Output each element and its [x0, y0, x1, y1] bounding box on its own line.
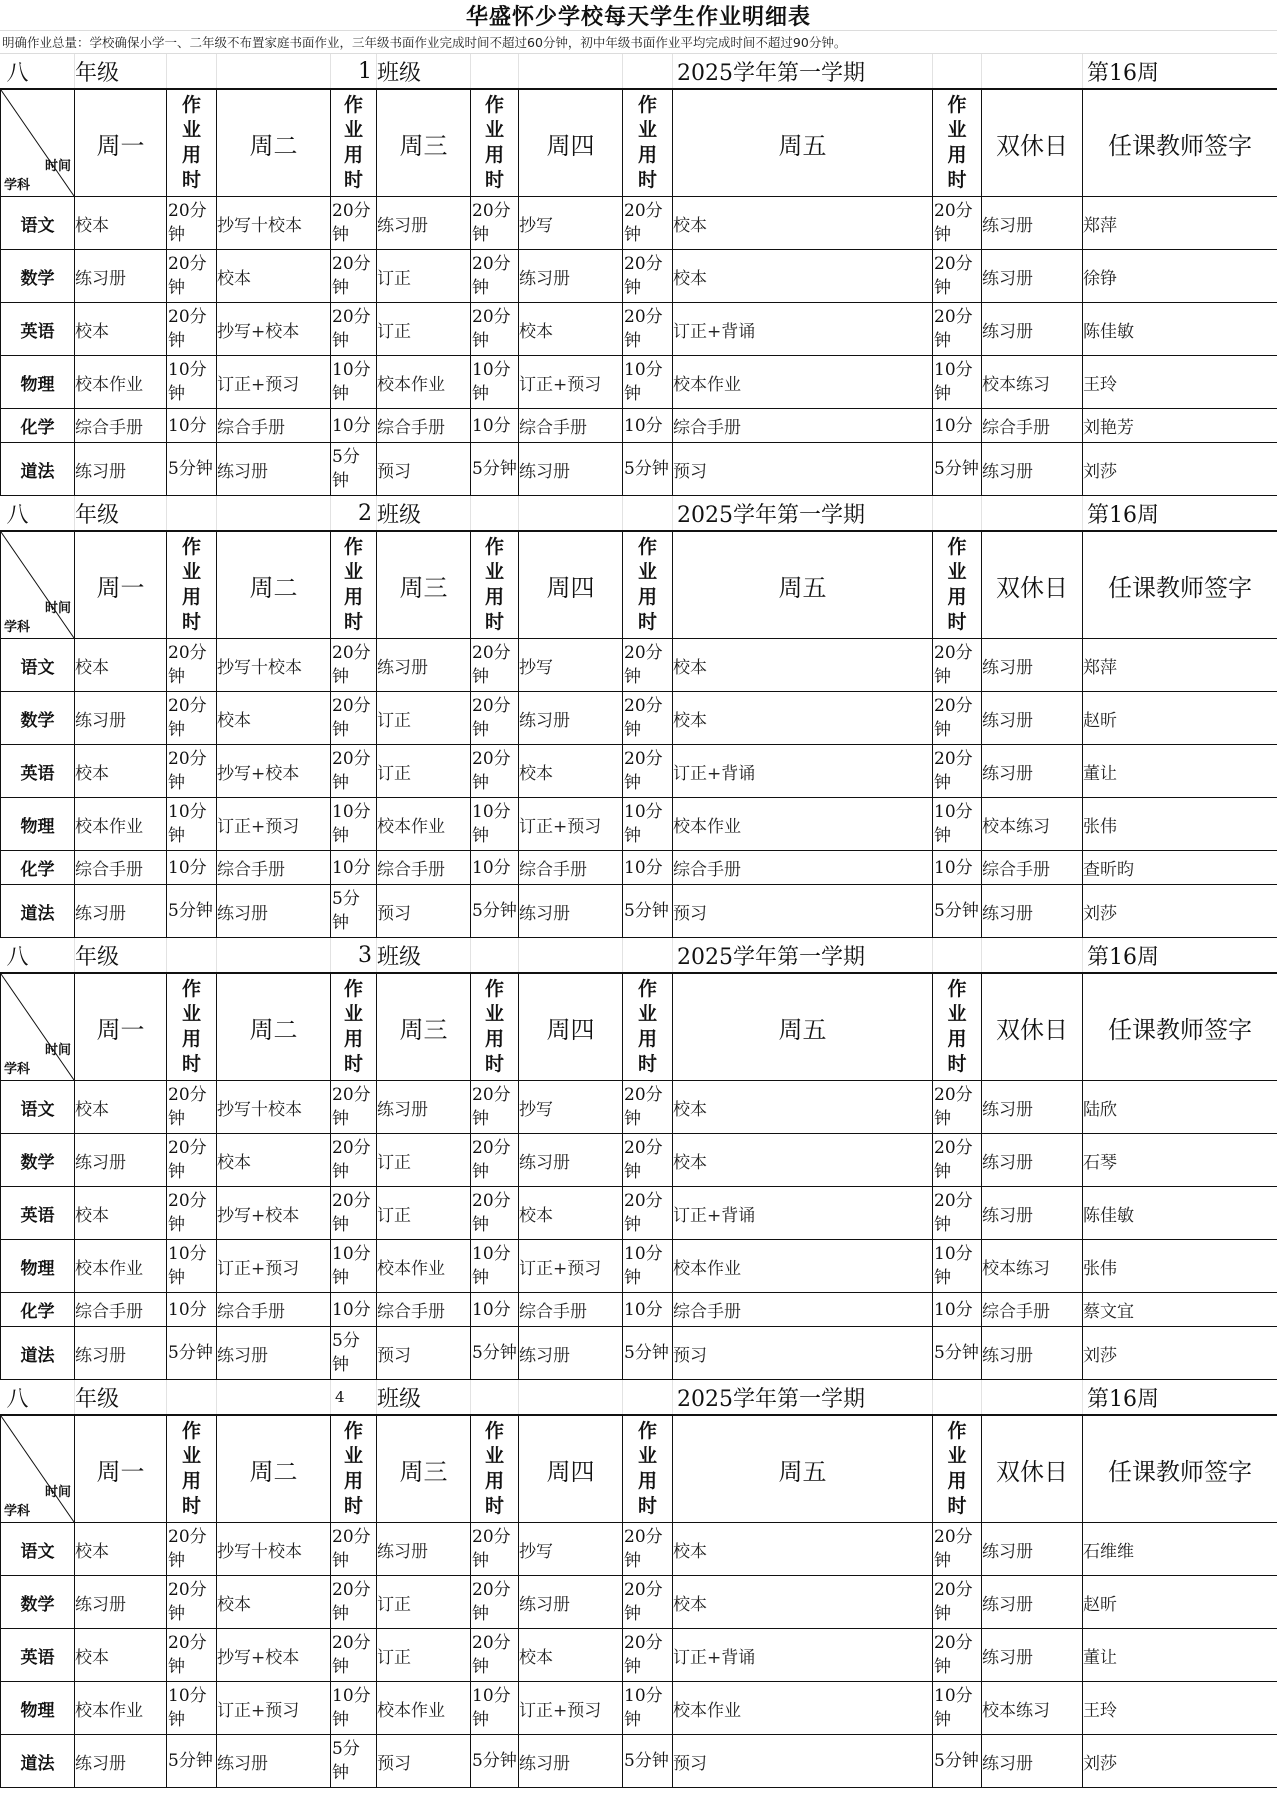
thursday-duration[interactable]: 20分钟 — [623, 197, 673, 250]
monday-duration[interactable]: 10分 — [167, 409, 217, 443]
monday-duration[interactable]: 10分钟 — [167, 1240, 217, 1293]
friday-duration[interactable]: 5分钟 — [933, 1327, 982, 1380]
empty-cell[interactable] — [471, 1380, 519, 1415]
empty-cell[interactable] — [623, 938, 673, 973]
weekend-task[interactable]: 校本练习 — [982, 1682, 1083, 1735]
wednesday-duration[interactable]: 10分钟 — [471, 1240, 519, 1293]
friday-duration[interactable]: 5分钟 — [933, 1735, 982, 1788]
subject-cell[interactable]: 数学 — [1, 1576, 75, 1629]
tuesday-task[interactable]: 抄写十校本 — [217, 1081, 331, 1134]
weekend-task[interactable]: 练习册 — [982, 1576, 1083, 1629]
wednesday-duration[interactable]: 10分 — [471, 851, 519, 885]
subject-cell[interactable]: 数学 — [1, 692, 75, 745]
header-time-used[interactable]: 作业用时 — [167, 1415, 217, 1523]
header-thursday[interactable]: 周四 — [519, 89, 623, 197]
wednesday-task[interactable]: 综合手册 — [377, 1293, 471, 1327]
empty-cell[interactable] — [933, 1380, 982, 1415]
monday-duration[interactable]: 20分钟 — [167, 1629, 217, 1682]
friday-duration[interactable]: 10分钟 — [933, 356, 982, 409]
subject-cell[interactable]: 物理 — [1, 798, 75, 851]
header-time-used[interactable]: 作业用时 — [167, 89, 217, 197]
tuesday-task[interactable]: 练习册 — [217, 885, 331, 938]
wednesday-duration[interactable]: 20分钟 — [471, 639, 519, 692]
thursday-task[interactable]: 练习册 — [519, 885, 623, 938]
header-friday[interactable]: 周五 — [673, 531, 933, 639]
thursday-duration[interactable]: 5分钟 — [623, 443, 673, 496]
thursday-task[interactable]: 校本 — [519, 745, 623, 798]
class-number[interactable]: 4 — [331, 1380, 377, 1415]
header-teacher-sign[interactable]: 任课教师签字 — [1083, 89, 1277, 197]
wednesday-duration[interactable]: 20分钟 — [471, 1629, 519, 1682]
empty-cell[interactable] — [167, 54, 217, 89]
empty-cell[interactable] — [217, 938, 331, 973]
weekend-task[interactable]: 练习册 — [982, 443, 1083, 496]
monday-duration[interactable]: 20分钟 — [167, 745, 217, 798]
empty-cell[interactable] — [217, 1380, 331, 1415]
subject-cell[interactable]: 英语 — [1, 303, 75, 356]
friday-task[interactable]: 校本作业 — [673, 798, 933, 851]
friday-duration[interactable]: 5分钟 — [933, 885, 982, 938]
monday-duration[interactable]: 10分钟 — [167, 1682, 217, 1735]
empty-cell[interactable] — [519, 496, 623, 531]
monday-duration[interactable]: 20分钟 — [167, 1523, 217, 1576]
thursday-task[interactable]: 练习册 — [519, 1327, 623, 1380]
wednesday-duration[interactable]: 20分钟 — [471, 1081, 519, 1134]
tuesday-task[interactable]: 综合手册 — [217, 851, 331, 885]
monday-duration[interactable]: 10分 — [167, 851, 217, 885]
header-time-used[interactable]: 作业用时 — [331, 973, 377, 1081]
thursday-duration[interactable]: 5分钟 — [623, 1327, 673, 1380]
diagonal-header-cell[interactable]: 时间 学科 — [1, 89, 75, 197]
header-weekend[interactable]: 双休日 — [982, 89, 1083, 197]
thursday-duration[interactable]: 10分钟 — [623, 356, 673, 409]
header-time-used[interactable]: 作业用时 — [623, 1415, 673, 1523]
friday-duration[interactable]: 20分钟 — [933, 639, 982, 692]
monday-task[interactable]: 校本 — [75, 639, 167, 692]
thursday-task[interactable]: 校本 — [519, 1187, 623, 1240]
header-thursday[interactable]: 周四 — [519, 531, 623, 639]
tuesday-task[interactable]: 订正+预习 — [217, 1240, 331, 1293]
thursday-duration[interactable]: 20分钟 — [623, 1629, 673, 1682]
tuesday-duration[interactable]: 5分钟 — [331, 1735, 377, 1788]
teacher-name[interactable]: 石琴 — [1083, 1134, 1277, 1187]
weekend-task[interactable]: 练习册 — [982, 1629, 1083, 1682]
monday-task[interactable]: 校本 — [75, 1187, 167, 1240]
monday-task[interactable]: 校本作业 — [75, 798, 167, 851]
subject-cell[interactable]: 物理 — [1, 356, 75, 409]
tuesday-duration[interactable]: 20分钟 — [331, 745, 377, 798]
teacher-name[interactable]: 刘莎 — [1083, 885, 1277, 938]
wednesday-duration[interactable]: 10分钟 — [471, 1682, 519, 1735]
subject-cell[interactable]: 语文 — [1, 197, 75, 250]
monday-task[interactable]: 校本作业 — [75, 356, 167, 409]
tuesday-duration[interactable]: 20分钟 — [331, 1629, 377, 1682]
grade-value[interactable]: 八 — [1, 496, 75, 531]
tuesday-task[interactable]: 练习册 — [217, 443, 331, 496]
monday-task[interactable]: 综合手册 — [75, 1293, 167, 1327]
wednesday-duration[interactable]: 20分钟 — [471, 1187, 519, 1240]
wednesday-task[interactable]: 订正 — [377, 303, 471, 356]
monday-task[interactable]: 校本 — [75, 1629, 167, 1682]
teacher-name[interactable]: 刘莎 — [1083, 1735, 1277, 1788]
friday-task[interactable]: 校本作业 — [673, 1682, 933, 1735]
header-friday[interactable]: 周五 — [673, 1415, 933, 1523]
header-time-used[interactable]: 作业用时 — [331, 89, 377, 197]
teacher-name[interactable]: 王玲 — [1083, 1682, 1277, 1735]
monday-task[interactable]: 校本 — [75, 745, 167, 798]
empty-cell[interactable] — [623, 54, 673, 89]
header-monday[interactable]: 周一 — [75, 89, 167, 197]
subject-cell[interactable]: 数学 — [1, 1134, 75, 1187]
empty-cell[interactable] — [933, 54, 982, 89]
subject-cell[interactable]: 语文 — [1, 1081, 75, 1134]
wednesday-duration[interactable]: 5分钟 — [471, 885, 519, 938]
weekend-task[interactable]: 练习册 — [982, 885, 1083, 938]
tuesday-task[interactable]: 综合手册 — [217, 1293, 331, 1327]
friday-task[interactable]: 校本 — [673, 1523, 933, 1576]
tuesday-duration[interactable]: 20分钟 — [331, 639, 377, 692]
weekend-task[interactable]: 校本练习 — [982, 798, 1083, 851]
tuesday-duration[interactable]: 10分钟 — [331, 798, 377, 851]
thursday-duration[interactable]: 20分钟 — [623, 1134, 673, 1187]
header-friday[interactable]: 周五 — [673, 89, 933, 197]
week-label[interactable]: 第16周 — [1083, 496, 1277, 531]
tuesday-task[interactable]: 校本 — [217, 1134, 331, 1187]
header-time-used[interactable]: 作业用时 — [331, 1415, 377, 1523]
monday-task[interactable]: 校本作业 — [75, 1682, 167, 1735]
weekend-task[interactable]: 练习册 — [982, 303, 1083, 356]
header-time-used[interactable]: 作业用时 — [933, 89, 982, 197]
friday-task[interactable]: 综合手册 — [673, 1293, 933, 1327]
tuesday-task[interactable]: 练习册 — [217, 1735, 331, 1788]
thursday-duration[interactable]: 20分钟 — [623, 1187, 673, 1240]
friday-duration[interactable]: 20分钟 — [933, 1629, 982, 1682]
tuesday-task[interactable]: 抄写+校本 — [217, 745, 331, 798]
subject-cell[interactable]: 英语 — [1, 1629, 75, 1682]
weekend-task[interactable]: 练习册 — [982, 745, 1083, 798]
wednesday-duration[interactable]: 10分钟 — [471, 356, 519, 409]
weekend-task[interactable]: 练习册 — [982, 250, 1083, 303]
header-teacher-sign[interactable]: 任课教师签字 — [1083, 973, 1277, 1081]
subject-cell[interactable]: 语文 — [1, 639, 75, 692]
wednesday-duration[interactable]: 5分钟 — [471, 1327, 519, 1380]
empty-cell[interactable] — [623, 1380, 673, 1415]
monday-duration[interactable]: 20分钟 — [167, 692, 217, 745]
monday-task[interactable]: 练习册 — [75, 1735, 167, 1788]
thursday-duration[interactable]: 20分钟 — [623, 303, 673, 356]
friday-duration[interactable]: 10分 — [933, 1293, 982, 1327]
header-tuesday[interactable]: 周二 — [217, 89, 331, 197]
wednesday-duration[interactable]: 10分 — [471, 409, 519, 443]
teacher-name[interactable]: 石维维 — [1083, 1523, 1277, 1576]
empty-cell[interactable] — [471, 496, 519, 531]
weekend-task[interactable]: 练习册 — [982, 1081, 1083, 1134]
thursday-task[interactable]: 练习册 — [519, 250, 623, 303]
tuesday-task[interactable]: 练习册 — [217, 1327, 331, 1380]
header-teacher-sign[interactable]: 任课教师签字 — [1083, 531, 1277, 639]
friday-duration[interactable]: 20分钟 — [933, 1187, 982, 1240]
wednesday-task[interactable]: 练习册 — [377, 197, 471, 250]
tuesday-task[interactable]: 抄写十校本 — [217, 639, 331, 692]
thursday-task[interactable]: 抄写 — [519, 1523, 623, 1576]
thursday-task[interactable]: 校本 — [519, 303, 623, 356]
thursday-task[interactable]: 综合手册 — [519, 851, 623, 885]
header-tuesday[interactable]: 周二 — [217, 531, 331, 639]
friday-task[interactable]: 校本 — [673, 692, 933, 745]
monday-duration[interactable]: 10分钟 — [167, 356, 217, 409]
empty-cell[interactable] — [167, 496, 217, 531]
friday-task[interactable]: 校本 — [673, 1081, 933, 1134]
teacher-name[interactable]: 王玲 — [1083, 356, 1277, 409]
friday-duration[interactable]: 20分钟 — [933, 1523, 982, 1576]
weekend-task[interactable]: 练习册 — [982, 1187, 1083, 1240]
class-label[interactable]: 班级 — [377, 54, 471, 89]
wednesday-duration[interactable]: 20分钟 — [471, 745, 519, 798]
friday-task[interactable]: 预习 — [673, 443, 933, 496]
wednesday-duration[interactable]: 20分钟 — [471, 250, 519, 303]
monday-task[interactable]: 综合手册 — [75, 851, 167, 885]
weekend-task[interactable]: 练习册 — [982, 692, 1083, 745]
thursday-task[interactable]: 练习册 — [519, 692, 623, 745]
class-number[interactable]: 1 — [331, 54, 377, 89]
monday-duration[interactable]: 5分钟 — [167, 443, 217, 496]
friday-duration[interactable]: 10分 — [933, 851, 982, 885]
monday-task[interactable]: 校本 — [75, 1081, 167, 1134]
header-thursday[interactable]: 周四 — [519, 973, 623, 1081]
monday-duration[interactable]: 20分钟 — [167, 639, 217, 692]
thursday-duration[interactable]: 10分 — [623, 1293, 673, 1327]
subject-cell[interactable]: 道法 — [1, 1327, 75, 1380]
tuesday-duration[interactable]: 5分钟 — [331, 1327, 377, 1380]
friday-task[interactable]: 校本作业 — [673, 1240, 933, 1293]
header-weekend[interactable]: 双休日 — [982, 1415, 1083, 1523]
tuesday-task[interactable]: 抄写+校本 — [217, 1187, 331, 1240]
thursday-duration[interactable]: 20分钟 — [623, 1576, 673, 1629]
header-wednesday[interactable]: 周三 — [377, 1415, 471, 1523]
thursday-task[interactable]: 综合手册 — [519, 1293, 623, 1327]
teacher-name[interactable]: 赵昕 — [1083, 1576, 1277, 1629]
header-wednesday[interactable]: 周三 — [377, 531, 471, 639]
wednesday-task[interactable]: 校本作业 — [377, 798, 471, 851]
monday-task[interactable]: 校本 — [75, 1523, 167, 1576]
wednesday-duration[interactable]: 20分钟 — [471, 1134, 519, 1187]
monday-duration[interactable]: 10分 — [167, 1293, 217, 1327]
subject-cell[interactable]: 道法 — [1, 885, 75, 938]
friday-duration[interactable]: 10分 — [933, 409, 982, 443]
header-time-used[interactable]: 作业用时 — [623, 973, 673, 1081]
wednesday-task[interactable]: 预习 — [377, 1327, 471, 1380]
grade-value[interactable]: 八 — [1, 1380, 75, 1415]
friday-task[interactable]: 订正+背诵 — [673, 303, 933, 356]
teacher-name[interactable]: 查昕昀 — [1083, 851, 1277, 885]
term-label[interactable]: 2025学年第一学期 — [673, 54, 933, 89]
monday-task[interactable]: 练习册 — [75, 885, 167, 938]
friday-duration[interactable]: 20分钟 — [933, 250, 982, 303]
tuesday-duration[interactable]: 10分钟 — [331, 1682, 377, 1735]
tuesday-task[interactable]: 订正+预习 — [217, 1682, 331, 1735]
wednesday-duration[interactable]: 5分钟 — [471, 1735, 519, 1788]
weekend-task[interactable]: 练习册 — [982, 197, 1083, 250]
wednesday-task[interactable]: 订正 — [377, 1629, 471, 1682]
monday-duration[interactable]: 10分钟 — [167, 798, 217, 851]
monday-task[interactable]: 校本 — [75, 303, 167, 356]
subject-cell[interactable]: 英语 — [1, 745, 75, 798]
teacher-name[interactable]: 张伟 — [1083, 1240, 1277, 1293]
teacher-name[interactable]: 陈佳敏 — [1083, 303, 1277, 356]
teacher-name[interactable]: 陆欣 — [1083, 1081, 1277, 1134]
week-label[interactable]: 第16周 — [1083, 1380, 1277, 1415]
monday-task[interactable]: 练习册 — [75, 1576, 167, 1629]
tuesday-task[interactable]: 抄写十校本 — [217, 1523, 331, 1576]
header-time-used[interactable]: 作业用时 — [933, 531, 982, 639]
tuesday-task[interactable]: 校本 — [217, 692, 331, 745]
empty-cell[interactable] — [471, 938, 519, 973]
wednesday-task[interactable]: 练习册 — [377, 1081, 471, 1134]
wednesday-task[interactable]: 校本作业 — [377, 1682, 471, 1735]
header-time-used[interactable]: 作业用时 — [933, 973, 982, 1081]
tuesday-duration[interactable]: 20分钟 — [331, 1187, 377, 1240]
friday-task[interactable]: 预习 — [673, 885, 933, 938]
class-number[interactable]: 2 — [331, 496, 377, 531]
header-time-used[interactable]: 作业用时 — [623, 89, 673, 197]
header-wednesday[interactable]: 周三 — [377, 973, 471, 1081]
thursday-task[interactable]: 综合手册 — [519, 409, 623, 443]
empty-cell[interactable] — [982, 1380, 1083, 1415]
header-weekend[interactable]: 双休日 — [982, 973, 1083, 1081]
monday-task[interactable]: 综合手册 — [75, 409, 167, 443]
wednesday-duration[interactable]: 20分钟 — [471, 197, 519, 250]
grade-label[interactable]: 年级 — [75, 54, 167, 89]
wednesday-task[interactable]: 订正 — [377, 745, 471, 798]
tuesday-duration[interactable]: 20分钟 — [331, 197, 377, 250]
wednesday-task[interactable]: 订正 — [377, 692, 471, 745]
header-monday[interactable]: 周一 — [75, 531, 167, 639]
friday-duration[interactable]: 5分钟 — [933, 443, 982, 496]
header-time-used[interactable]: 作业用时 — [933, 1415, 982, 1523]
subject-cell[interactable]: 英语 — [1, 1187, 75, 1240]
monday-duration[interactable]: 20分钟 — [167, 197, 217, 250]
empty-cell[interactable] — [982, 496, 1083, 531]
term-label[interactable]: 2025学年第一学期 — [673, 1380, 933, 1415]
thursday-duration[interactable]: 10分钟 — [623, 1682, 673, 1735]
wednesday-duration[interactable]: 20分钟 — [471, 1523, 519, 1576]
friday-duration[interactable]: 10分钟 — [933, 798, 982, 851]
weekend-task[interactable]: 练习册 — [982, 639, 1083, 692]
empty-cell[interactable] — [519, 54, 623, 89]
thursday-task[interactable]: 抄写 — [519, 1081, 623, 1134]
tuesday-duration[interactable]: 20分钟 — [331, 1134, 377, 1187]
thursday-duration[interactable]: 5分钟 — [623, 1735, 673, 1788]
grade-label[interactable]: 年级 — [75, 1380, 167, 1415]
thursday-duration[interactable]: 10分 — [623, 851, 673, 885]
grade-value[interactable]: 八 — [1, 54, 75, 89]
thursday-task[interactable]: 练习册 — [519, 443, 623, 496]
tuesday-task[interactable]: 抄写+校本 — [217, 303, 331, 356]
monday-duration[interactable]: 5分钟 — [167, 1327, 217, 1380]
wednesday-duration[interactable]: 5分钟 — [471, 443, 519, 496]
header-friday[interactable]: 周五 — [673, 973, 933, 1081]
class-label[interactable]: 班级 — [377, 1380, 471, 1415]
friday-duration[interactable]: 20分钟 — [933, 303, 982, 356]
thursday-duration[interactable]: 10分 — [623, 409, 673, 443]
wednesday-duration[interactable]: 10分钟 — [471, 798, 519, 851]
teacher-name[interactable]: 刘艳芳 — [1083, 409, 1277, 443]
tuesday-task[interactable]: 抄写+校本 — [217, 1629, 331, 1682]
thursday-duration[interactable]: 20分钟 — [623, 1523, 673, 1576]
monday-task[interactable]: 校本作业 — [75, 1240, 167, 1293]
monday-duration[interactable]: 20分钟 — [167, 1134, 217, 1187]
monday-duration[interactable]: 20分钟 — [167, 1576, 217, 1629]
wednesday-task[interactable]: 预习 — [377, 443, 471, 496]
thursday-duration[interactable]: 20分钟 — [623, 250, 673, 303]
empty-cell[interactable] — [933, 496, 982, 531]
class-label[interactable]: 班级 — [377, 496, 471, 531]
empty-cell[interactable] — [623, 496, 673, 531]
friday-duration[interactable]: 10分钟 — [933, 1240, 982, 1293]
header-time-used[interactable]: 作业用时 — [471, 531, 519, 639]
teacher-name[interactable]: 张伟 — [1083, 798, 1277, 851]
class-number[interactable]: 3 — [331, 938, 377, 973]
tuesday-duration[interactable]: 10分 — [331, 409, 377, 443]
monday-duration[interactable]: 20分钟 — [167, 303, 217, 356]
friday-task[interactable]: 校本 — [673, 639, 933, 692]
teacher-name[interactable]: 董让 — [1083, 1629, 1277, 1682]
friday-task[interactable]: 订正+背诵 — [673, 1629, 933, 1682]
thursday-task[interactable]: 练习册 — [519, 1134, 623, 1187]
friday-duration[interactable]: 20分钟 — [933, 692, 982, 745]
thursday-task[interactable]: 订正+预习 — [519, 356, 623, 409]
teacher-name[interactable]: 陈佳敏 — [1083, 1187, 1277, 1240]
header-time-used[interactable]: 作业用时 — [471, 1415, 519, 1523]
friday-duration[interactable]: 20分钟 — [933, 1134, 982, 1187]
subject-cell[interactable]: 物理 — [1, 1240, 75, 1293]
empty-cell[interactable] — [519, 938, 623, 973]
monday-task[interactable]: 练习册 — [75, 1327, 167, 1380]
friday-duration[interactable]: 20分钟 — [933, 745, 982, 798]
weekend-task[interactable]: 综合手册 — [982, 851, 1083, 885]
header-weekend[interactable]: 双休日 — [982, 531, 1083, 639]
teacher-name[interactable]: 董让 — [1083, 745, 1277, 798]
teacher-name[interactable]: 赵昕 — [1083, 692, 1277, 745]
header-time-used[interactable]: 作业用时 — [471, 973, 519, 1081]
monday-duration[interactable]: 20分钟 — [167, 1081, 217, 1134]
thursday-duration[interactable]: 20分钟 — [623, 692, 673, 745]
week-label[interactable]: 第16周 — [1083, 938, 1277, 973]
tuesday-duration[interactable]: 5分钟 — [331, 885, 377, 938]
header-tuesday[interactable]: 周二 — [217, 1415, 331, 1523]
friday-task[interactable]: 校本 — [673, 1576, 933, 1629]
tuesday-duration[interactable]: 20分钟 — [331, 250, 377, 303]
weekend-task[interactable]: 练习册 — [982, 1327, 1083, 1380]
weekend-task[interactable]: 练习册 — [982, 1523, 1083, 1576]
grade-label[interactable]: 年级 — [75, 938, 167, 973]
diagonal-header-cell[interactable]: 时间 学科 — [1, 531, 75, 639]
friday-duration[interactable]: 10分钟 — [933, 1682, 982, 1735]
teacher-name[interactable]: 郑萍 — [1083, 639, 1277, 692]
thursday-duration[interactable]: 5分钟 — [623, 885, 673, 938]
wednesday-task[interactable]: 预习 — [377, 885, 471, 938]
wednesday-task[interactable]: 综合手册 — [377, 409, 471, 443]
teacher-name[interactable]: 徐铮 — [1083, 250, 1277, 303]
wednesday-task[interactable]: 练习册 — [377, 1523, 471, 1576]
wednesday-task[interactable]: 预习 — [377, 1735, 471, 1788]
friday-task[interactable]: 预习 — [673, 1327, 933, 1380]
thursday-task[interactable]: 抄写 — [519, 197, 623, 250]
tuesday-duration[interactable]: 20分钟 — [331, 1576, 377, 1629]
tuesday-duration[interactable]: 10分 — [331, 851, 377, 885]
header-time-used[interactable]: 作业用时 — [331, 531, 377, 639]
teacher-name[interactable]: 刘莎 — [1083, 1327, 1277, 1380]
